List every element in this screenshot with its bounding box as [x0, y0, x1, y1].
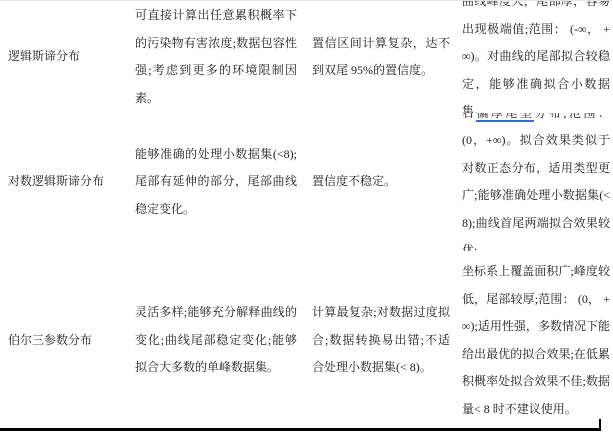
disadvantages-cell: 置信度不稳定。	[305, 113, 455, 251]
disadvantages-cell: 置信区间计算复杂，达不到双尾 95%的置信度。	[305, 1, 455, 113]
characteristics-cell: 坐标系上覆盖面积广;峰度较低，尾部较厚;范围： (0， +∞);适用性强，多数情…	[455, 251, 613, 430]
distribution-name: 对数逻辑斯谛分布	[8, 168, 122, 196]
characteristics-cell: 曲线峰度大，尾部厚，容易出现极端值;范围： (-∞， +∞)。对曲线的尾部拟合较…	[455, 1, 613, 113]
document-page: 逻辑斯谛分布 可直接计算出任意累积概率下的污染物有害浓度;数据包容性强;考虑到更…	[0, 0, 613, 438]
advantages-cell: 可直接计算出任意累积概率下的污染物有害浓度;数据包容性强;考虑到更多的环境限制因…	[128, 1, 305, 113]
characteristics-text-prefix: 右	[462, 113, 476, 120]
distribution-comparison-table: 逻辑斯谛分布 可直接计算出任意累积概率下的污染物有害浓度;数据包容性强;考虑到更…	[0, 1, 613, 430]
advantages-text: 可直接计算出任意累积概率下的污染物有害浓度;数据包容性强;考虑到更多的环境限制因…	[135, 2, 297, 112]
characteristics-text: 曲线峰度大，尾部厚，容易出现极端值;范围： (-∞， +∞)。对曲线的尾部拟合较…	[462, 1, 610, 113]
table-right-border-tick	[599, 419, 601, 431]
disadvantages-text: 计算最复杂;对数据过度拟合;数据转换易出错;不适合处理小数据集(< 8)。	[312, 299, 450, 382]
advantages-text: 灵活多样;能够充分解释曲线的变化;曲线尾部稳定变化;能够拟合大多数的单峰数据集。	[135, 299, 297, 382]
distribution-name: 逻辑斯谛分布	[8, 43, 122, 71]
distribution-name-cell: 逻辑斯谛分布	[0, 1, 128, 113]
table-bottom-border	[0, 428, 601, 431]
characteristics-cell: 右偏厚尾型分布;范围： (0，+∞)。拟合效果类似于对数正态分布，适用类型更广;…	[455, 113, 613, 251]
disadvantages-text: 置信区间计算复杂，达不到双尾 95%的置信度。	[312, 30, 450, 85]
characteristics-text-suffix: 分布;范围： (0，+∞)。拟合效果类似于对数正态分布，适用类型更广;能够准确处…	[462, 113, 610, 251]
distribution-name: 伯尔三参数分布	[8, 327, 122, 355]
advantages-cell: 能够准确的处理小数据集(<8);尾部有延伸的部分，尾部曲线稳定变化。	[128, 113, 305, 251]
disadvantages-cell: 计算最复杂;对数据过度拟合;数据转换易出错;不适合处理小数据集(< 8)。	[305, 251, 455, 430]
characteristics-text: 右偏厚尾型分布;范围： (0，+∞)。拟合效果类似于对数正态分布，适用类型更广;…	[462, 113, 610, 251]
advantages-cell: 灵活多样;能够充分解释曲线的变化;曲线尾部稳定变化;能够拟合大多数的单峰数据集。	[128, 251, 305, 430]
characteristics-text: 坐标系上覆盖面积广;峰度较低，尾部较厚;范围： (0， +∞);适用性强，多数情…	[462, 258, 610, 423]
distribution-name-cell: 伯尔三参数分布	[0, 251, 128, 430]
disadvantages-text: 置信度不稳定。	[312, 168, 450, 196]
advantages-text: 能够准确的处理小数据集(<8);尾部有延伸的部分，尾部曲线稳定变化。	[135, 141, 297, 224]
distribution-name-cell: 对数逻辑斯谛分布	[0, 113, 128, 251]
grammar-check-underline: 偏厚尾型	[476, 113, 534, 122]
